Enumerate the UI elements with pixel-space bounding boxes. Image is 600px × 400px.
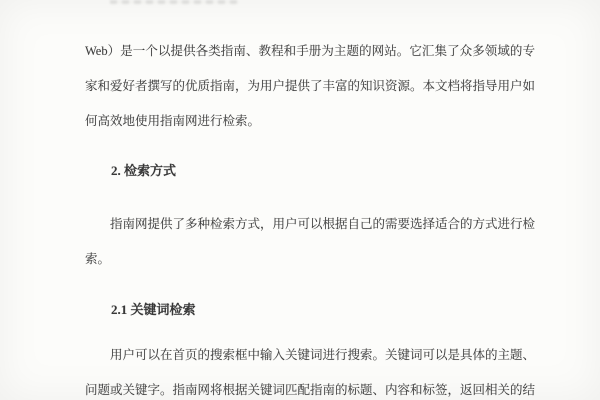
previous-line-remnant bbox=[110, 0, 238, 4]
heading-section-2: 2. 检索方式 bbox=[85, 153, 535, 188]
paragraph-section-2-1: 用户可以在首页的搜索框中输入关键词进行搜索。关键词可以是具体的主题、问题或关键字… bbox=[85, 338, 535, 400]
document-page: Web）是一个以提供各类指南、教程和手册为主题的网站。它汇集了众多领域的专家和爱… bbox=[0, 0, 600, 400]
paragraph-section-2: 指南网提供了多种检索方式，用户可以根据自己的需要选择适合的方式进行检索。 bbox=[85, 207, 535, 277]
paragraph-intro: Web）是一个以提供各类指南、教程和手册为主题的网站。它汇集了众多领域的专家和爱… bbox=[85, 34, 535, 139]
heading-section-2-1: 2.1 关键词检索 bbox=[85, 292, 535, 327]
